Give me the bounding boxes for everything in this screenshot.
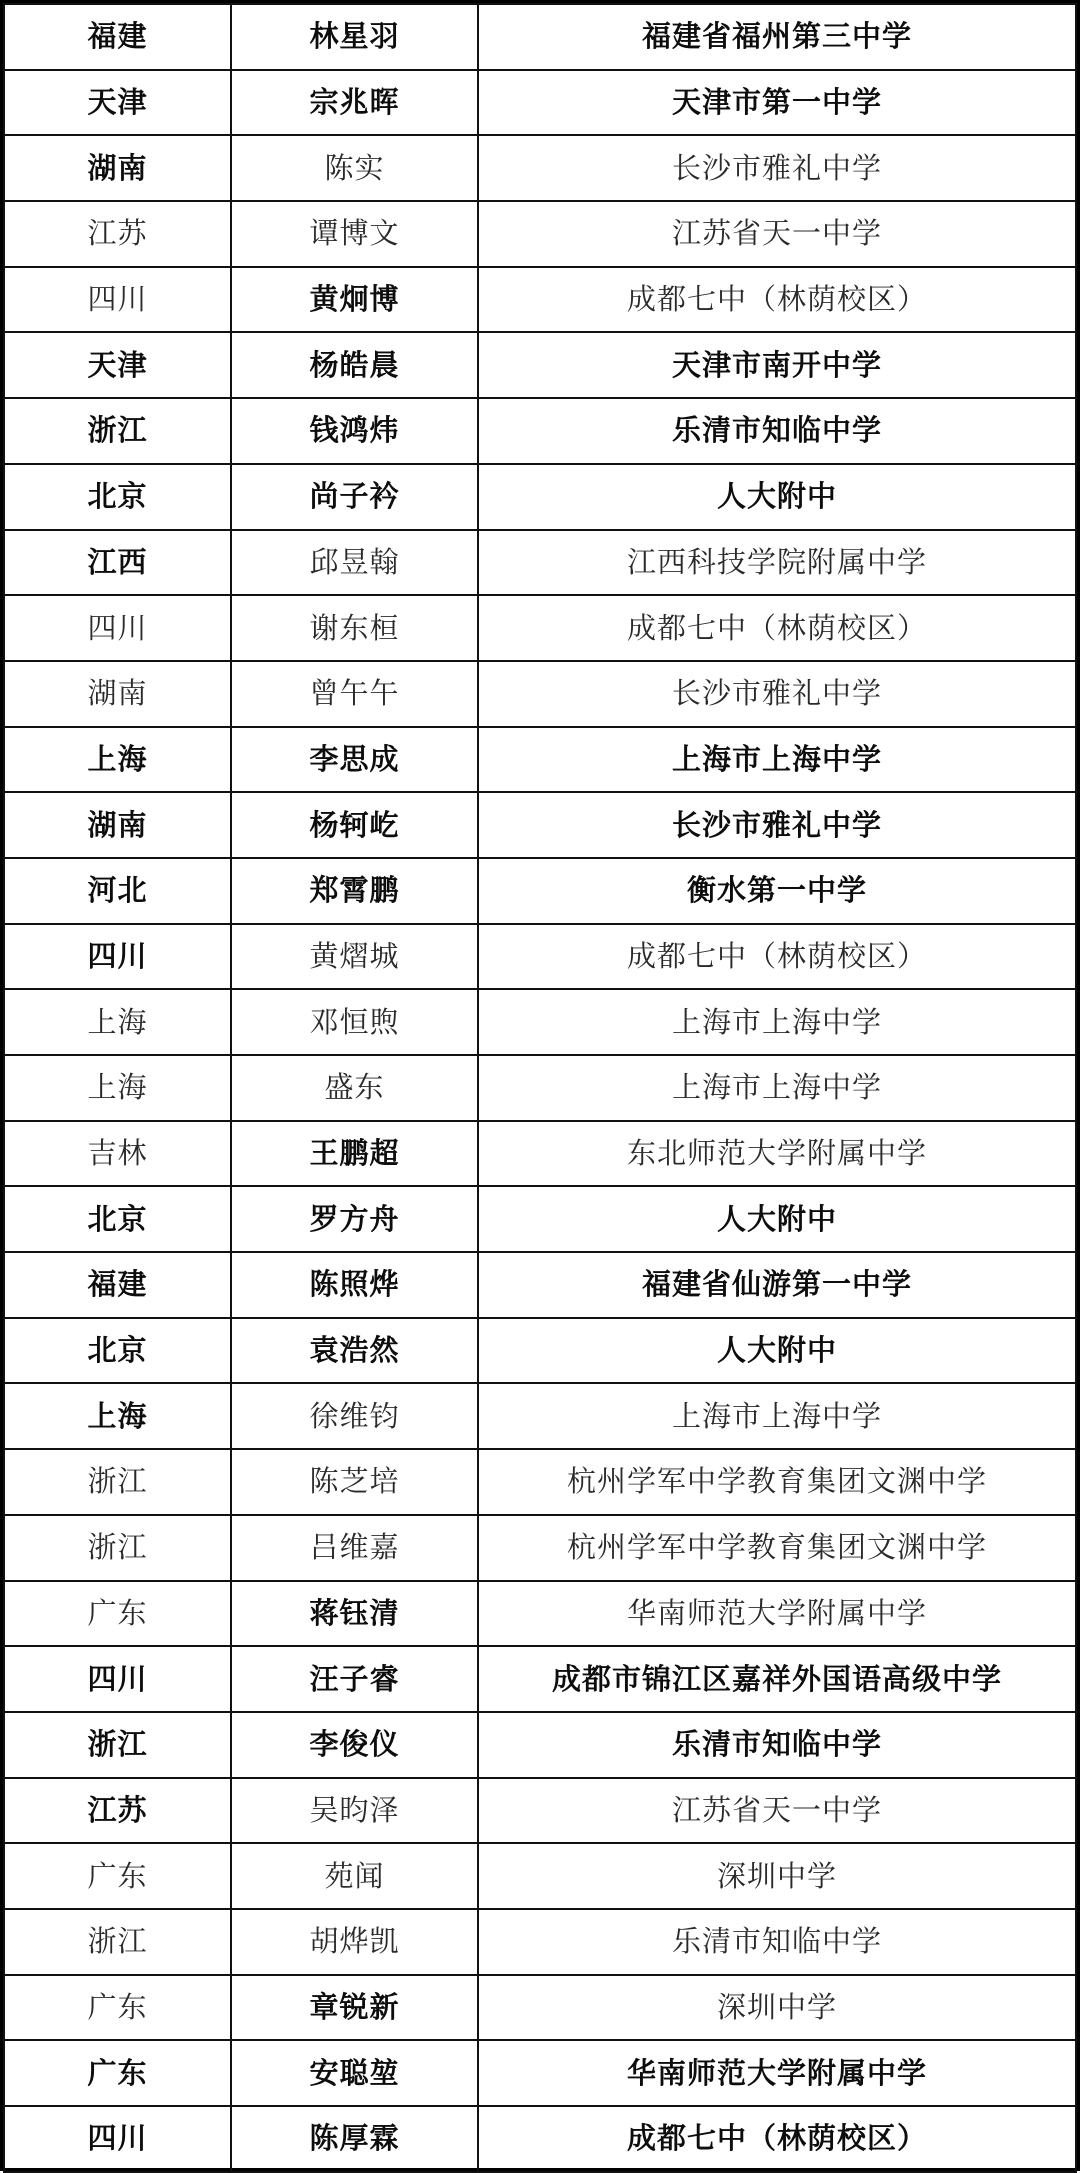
school-cell: 东北师范大学附属中学 [478,1121,1076,1187]
province-cell: 河北 [4,858,231,924]
school-cell: 长沙市雅礼中学 [478,135,1076,201]
province-cell: 湖南 [4,792,231,858]
school-cell: 天津市南开中学 [478,332,1076,398]
province-cell: 四川 [4,924,231,990]
table-row: 四川谢东桓成都七中（林荫校区） [4,595,1076,661]
school-cell: 乐清市知临中学 [478,1909,1076,1975]
province-cell: 浙江 [4,1515,231,1581]
province-cell: 浙江 [4,1712,231,1778]
school-cell: 长沙市雅礼中学 [478,792,1076,858]
name-cell: 汪子睿 [231,1646,478,1712]
table-row: 四川陈厚霖成都七中（林荫校区） [4,2106,1076,2171]
name-cell: 尚子衿 [231,464,478,530]
table-row: 江苏谭博文江苏省天一中学 [4,201,1076,267]
name-cell: 宗兆晖 [231,70,478,136]
table-row: 四川汪子睿成都市锦江区嘉祥外国语高级中学 [4,1646,1076,1712]
name-cell: 杨皓晨 [231,332,478,398]
name-cell: 邱昱翰 [231,530,478,596]
school-cell: 成都七中（林荫校区） [478,2106,1076,2171]
name-cell: 罗方舟 [231,1186,478,1252]
name-cell: 王鹏超 [231,1121,478,1187]
province-cell: 福建 [4,1252,231,1318]
province-cell: 浙江 [4,398,231,464]
school-cell: 乐清市知临中学 [478,1712,1076,1778]
table-row: 广东苑闻深圳中学 [4,1843,1076,1909]
province-cell: 江苏 [4,1778,231,1844]
table-row: 湖南曾午午长沙市雅礼中学 [4,661,1076,727]
table-row: 浙江吕维嘉杭州学军中学教育集团文渊中学 [4,1515,1076,1581]
school-cell: 人大附中 [478,464,1076,530]
province-cell: 北京 [4,1318,231,1384]
school-cell: 福建省仙游第一中学 [478,1252,1076,1318]
school-cell: 深圳中学 [478,1975,1076,2041]
school-cell: 华南师范大学附属中学 [478,2040,1076,2106]
province-cell: 四川 [4,2106,231,2171]
province-cell: 北京 [4,464,231,530]
table-row: 江苏吴昀泽江苏省天一中学 [4,1778,1076,1844]
province-cell: 上海 [4,1055,231,1121]
name-cell: 胡烨凯 [231,1909,478,1975]
table-row: 天津宗兆晖天津市第一中学 [4,70,1076,136]
school-cell: 杭州学军中学教育集团文渊中学 [478,1515,1076,1581]
table-row: 天津杨皓晨天津市南开中学 [4,332,1076,398]
name-cell: 郑霄鹏 [231,858,478,924]
roster-sheet: 福建林星羽福建省福州第三中学天津宗兆晖天津市第一中学湖南陈实长沙市雅礼中学江苏谭… [0,0,1080,2171]
student-roster-table: 福建林星羽福建省福州第三中学天津宗兆晖天津市第一中学湖南陈实长沙市雅礼中学江苏谭… [3,3,1077,2171]
province-cell: 湖南 [4,661,231,727]
province-cell: 吉林 [4,1121,231,1187]
name-cell: 安聪堃 [231,2040,478,2106]
school-cell: 成都市锦江区嘉祥外国语高级中学 [478,1646,1076,1712]
school-cell: 上海市上海中学 [478,989,1076,1055]
province-cell: 广东 [4,2040,231,2106]
table-row: 北京尚子衿人大附中 [4,464,1076,530]
table-row: 江西邱昱翰江西科技学院附属中学 [4,530,1076,596]
name-cell: 苑闻 [231,1843,478,1909]
name-cell: 陈实 [231,135,478,201]
school-cell: 乐清市知临中学 [478,398,1076,464]
name-cell: 谭博文 [231,201,478,267]
name-cell: 陈芝培 [231,1449,478,1515]
school-cell: 长沙市雅礼中学 [478,661,1076,727]
school-cell: 成都七中（林荫校区） [478,267,1076,333]
table-row: 浙江胡烨凯乐清市知临中学 [4,1909,1076,1975]
province-cell: 湖南 [4,135,231,201]
name-cell: 吕维嘉 [231,1515,478,1581]
table-row: 四川黄熠城成都七中（林荫校区） [4,924,1076,990]
name-cell: 杨轲屹 [231,792,478,858]
name-cell: 黄炯博 [231,267,478,333]
name-cell: 林星羽 [231,4,478,70]
table-row: 上海徐维钧上海市上海中学 [4,1383,1076,1449]
table-row: 河北郑霄鹏衡水第一中学 [4,858,1076,924]
school-cell: 天津市第一中学 [478,70,1076,136]
school-cell: 衡水第一中学 [478,858,1076,924]
name-cell: 吴昀泽 [231,1778,478,1844]
name-cell: 谢东桓 [231,595,478,661]
province-cell: 北京 [4,1186,231,1252]
province-cell: 上海 [4,1383,231,1449]
name-cell: 徐维钧 [231,1383,478,1449]
table-row: 福建陈照烨福建省仙游第一中学 [4,1252,1076,1318]
table-row: 四川黄炯博成都七中（林荫校区） [4,267,1076,333]
school-cell: 上海市上海中学 [478,727,1076,793]
name-cell: 黄熠城 [231,924,478,990]
name-cell: 袁浩然 [231,1318,478,1384]
school-cell: 人大附中 [478,1318,1076,1384]
province-cell: 广东 [4,1581,231,1647]
province-cell: 四川 [4,595,231,661]
table-row: 浙江陈芝培杭州学军中学教育集团文渊中学 [4,1449,1076,1515]
school-cell: 江西科技学院附属中学 [478,530,1076,596]
table-row: 湖南杨轲屹长沙市雅礼中学 [4,792,1076,858]
name-cell: 蒋钰清 [231,1581,478,1647]
school-cell: 成都七中（林荫校区） [478,595,1076,661]
table-row: 北京袁浩然人大附中 [4,1318,1076,1384]
table-row: 北京罗方舟人大附中 [4,1186,1076,1252]
school-cell: 江苏省天一中学 [478,201,1076,267]
province-cell: 广东 [4,1975,231,2041]
table-row: 上海盛东上海市上海中学 [4,1055,1076,1121]
name-cell: 陈照烨 [231,1252,478,1318]
province-cell: 福建 [4,4,231,70]
table-row: 广东安聪堃华南师范大学附属中学 [4,2040,1076,2106]
table-row: 上海李思成上海市上海中学 [4,727,1076,793]
name-cell: 李思成 [231,727,478,793]
name-cell: 陈厚霖 [231,2106,478,2171]
table-row: 浙江李俊仪乐清市知临中学 [4,1712,1076,1778]
table-row: 浙江钱鸿炜乐清市知临中学 [4,398,1076,464]
province-cell: 上海 [4,727,231,793]
province-cell: 浙江 [4,1449,231,1515]
school-cell: 人大附中 [478,1186,1076,1252]
school-cell: 杭州学军中学教育集团文渊中学 [478,1449,1076,1515]
province-cell: 浙江 [4,1909,231,1975]
province-cell: 江西 [4,530,231,596]
table-row: 上海邓恒煦上海市上海中学 [4,989,1076,1055]
name-cell: 钱鸿炜 [231,398,478,464]
table-row: 福建林星羽福建省福州第三中学 [4,4,1076,70]
table-row: 广东蒋钰清华南师范大学附属中学 [4,1581,1076,1647]
province-cell: 四川 [4,267,231,333]
school-cell: 深圳中学 [478,1843,1076,1909]
province-cell: 天津 [4,70,231,136]
name-cell: 李俊仪 [231,1712,478,1778]
province-cell: 上海 [4,989,231,1055]
roster-body: 福建林星羽福建省福州第三中学天津宗兆晖天津市第一中学湖南陈实长沙市雅礼中学江苏谭… [4,4,1076,2171]
table-row: 广东章锐新深圳中学 [4,1975,1076,2041]
school-cell: 江苏省天一中学 [478,1778,1076,1844]
school-cell: 成都七中（林荫校区） [478,924,1076,990]
school-cell: 上海市上海中学 [478,1383,1076,1449]
province-cell: 江苏 [4,201,231,267]
school-cell: 华南师范大学附属中学 [478,1581,1076,1647]
name-cell: 章锐新 [231,1975,478,2041]
table-row: 湖南陈实长沙市雅礼中学 [4,135,1076,201]
province-cell: 广东 [4,1843,231,1909]
province-cell: 天津 [4,332,231,398]
table-row: 吉林王鹏超东北师范大学附属中学 [4,1121,1076,1187]
province-cell: 四川 [4,1646,231,1712]
name-cell: 邓恒煦 [231,989,478,1055]
school-cell: 福建省福州第三中学 [478,4,1076,70]
school-cell: 上海市上海中学 [478,1055,1076,1121]
name-cell: 曾午午 [231,661,478,727]
name-cell: 盛东 [231,1055,478,1121]
